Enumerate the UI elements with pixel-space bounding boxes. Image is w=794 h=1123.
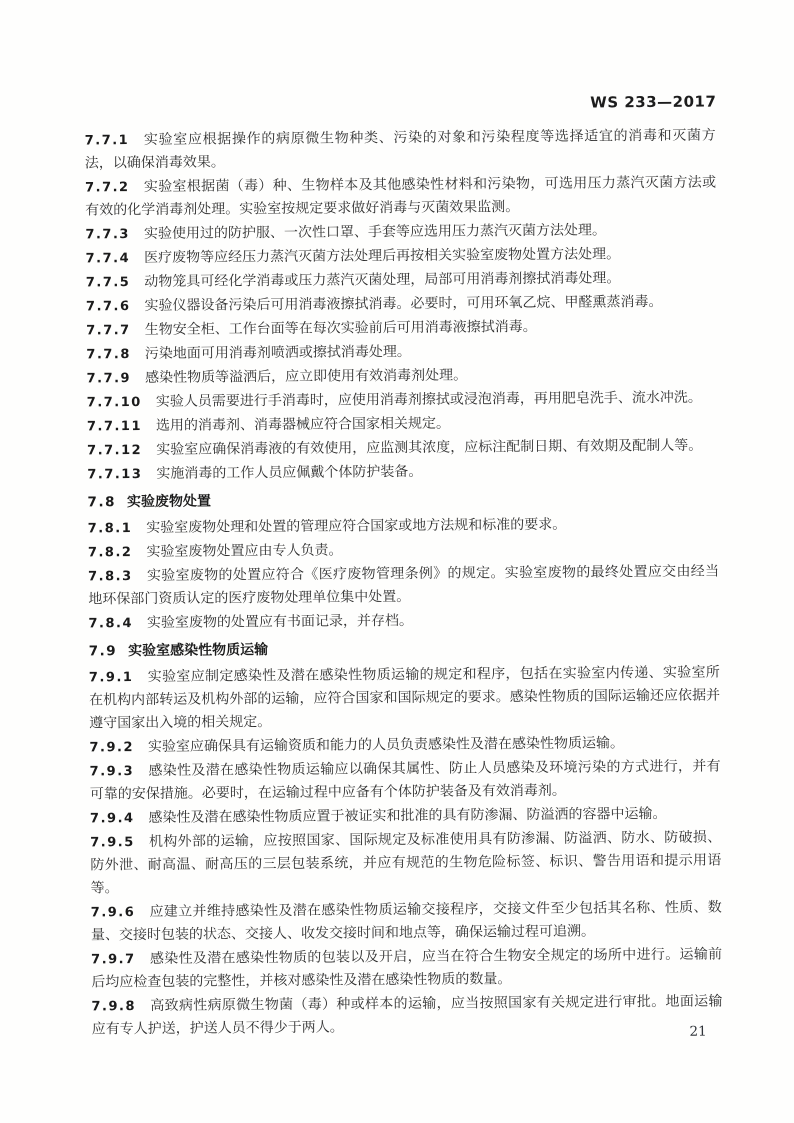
clause-number: 7.8.1: [88, 521, 133, 536]
clause-number: 7.7.7: [86, 323, 131, 338]
clause-number: 7.9.4: [90, 811, 135, 826]
clause-number: 7.8.3: [88, 569, 133, 584]
clause-text: 实验室感染性物质运输: [128, 642, 268, 659]
clause-number: 7.8.2: [88, 545, 133, 560]
clause-text: 污染地面可用消毒剂喷洒或擦拭消毒处理。: [145, 344, 411, 362]
clause-text: 实验室废物处理和处置的管理应符合国家或地方法规和标准的要求。: [146, 517, 566, 536]
clause-text: 医疗废物等应经压力蒸汽灭菌方法处理后再按相关实验室废物处置方法处理。: [144, 246, 620, 266]
clause-item: 7.9.1实验室应制定感染性及潜在感染性物质运输的规定和程序，包括在实验室内传递…: [89, 661, 721, 735]
clause-text: 高致病性病原微生物菌（毒）种或样本的运输，应当按照国家有关规定进行审批。地面运输…: [92, 993, 723, 1037]
clause-item: 7.7.13实施消毒的工作人员应佩戴个体防护装备。: [87, 458, 718, 486]
clause-text: 实验室应确保具有运输资质和能力的人员负责感染性及潜在感染性物质运输。: [148, 735, 624, 755]
clause-text: 实施消毒的工作人员应佩戴个体防护装备。: [156, 464, 422, 482]
clause-text: 实验室废物处置应由专人负责。: [146, 542, 342, 560]
clause-number: 7.7.12: [87, 443, 142, 458]
clause-number: 7.7.3: [85, 227, 130, 242]
clause-item: 7.9.7感染性及潜在感染性物质的包装以及开启，应当在符合生物安全规定的场所中进…: [91, 943, 722, 994]
clause-item: 7.9.5机构外部的运输，应按照国家、国际规定及标准使用具有防渗漏、防溢洒、防水…: [90, 826, 722, 900]
clause-item: 7.7.1实验室应根据操作的病原微生物种类、污染的对象和污染程度等选择适宜的消毒…: [85, 124, 716, 175]
clause-number: 7.7.2: [85, 180, 130, 195]
clause-number: 7.8: [87, 494, 116, 510]
clause-number: 7.7.6: [86, 299, 131, 314]
clause-text: 实验室废物的处置应有书面记录，并存档。: [147, 613, 413, 631]
clause-number: 7.8.4: [88, 616, 133, 631]
clause-number: 7.7.13: [87, 467, 142, 482]
clause-number: 7.7.1: [85, 133, 130, 148]
clause-text: 实验人员需要进行手消毒时，应使用消毒剂擦拭或浸泡消毒，再用肥皂洗手、流水冲洗。: [156, 390, 702, 410]
clause-item: 7.9.8高致病性病原微生物菌（毒）种或样本的运输，应当按照国家有关规定进行审批…: [91, 990, 722, 1041]
scan-tilt-wrapper: WS 233—2017 7.7.1实验室应根据操作的病原微生物种类、污染的对象和…: [0, 0, 794, 1123]
document-page: WS 233—2017 7.7.1实验室应根据操作的病原微生物种类、污染的对象和…: [0, 0, 794, 1123]
standard-number: WS 233—2017: [590, 92, 716, 111]
clause-text: 动物笼具可经化学消毒或压力蒸汽灭菌处理，局部可用消毒剂擦拭消毒处理。: [144, 270, 620, 290]
clause-number: 7.9.3: [90, 764, 135, 779]
clause-text: 实验室根据菌（毒）种、生物样本及其他感染性材料和污染物，可选用压力蒸汽灭菌方法或…: [85, 174, 716, 218]
clause-text: 实验使用过的防护服、一次性口罩、手套等应选用压力蒸汽灭菌方法处理。: [144, 222, 606, 242]
page-number: 21: [689, 1024, 706, 1040]
clause-number: 7.9: [89, 643, 118, 659]
clause-item: 7.8.4实验室废物的处置应有书面记录，并存档。: [88, 607, 719, 635]
clause-text: 实验室应确保消毒液的有效使用，应监测其浓度，应标注配制日期、有效期及配制人等。: [156, 438, 702, 458]
clause-item: 7.8.3实验室废物的处置应符合《医疗废物管理条例》的规定。实验室废物的最终处置…: [88, 560, 719, 611]
clause-number: 7.7.4: [86, 251, 131, 266]
clause-text: 应建立并维持感染性及潜在感染性物质运输交接程序，交接文件至少包括其名称、性质、数…: [91, 899, 722, 943]
clause-number: 7.9.2: [89, 740, 134, 755]
document-content: 7.7.1实验室应根据操作的病原微生物种类、污染的对象和污染程度等选择适宜的消毒…: [85, 124, 723, 1042]
clause-number: 7.7.11: [87, 419, 142, 434]
clause-text: 感染性及潜在感染性物质的包装以及开启，应当在符合生物安全规定的场所中进行。运输前…: [91, 946, 722, 990]
section-heading: 7.8实验废物处置: [87, 486, 718, 514]
clause-item: 7.7.2实验室根据菌（毒）种、生物样本及其他感染性材料和污染物，可选用压力蒸汽…: [85, 171, 716, 222]
clause-text: 生物安全柜、工作台面等在每次实验前后可用消毒液擦拭消毒。: [145, 319, 537, 338]
clause-text: 感染性及潜在感染性物质应置于被证实和批准的具有防渗漏、防溢洒的容器中运输。: [148, 806, 666, 826]
clause-text: 感染性物质等溢洒后，应立即使用有效消毒剂处理。: [145, 367, 467, 386]
clause-number: 7.7.8: [86, 347, 131, 362]
clause-text: 实验室应制定感染性及潜在感染性物质运输的规定和程序，包括在实验室内传递、实验室所…: [89, 664, 720, 731]
clause-number: 7.9.5: [90, 835, 135, 850]
clause-text: 实验仪器设备污染后可用消毒液擦拭消毒。必要时，可用环氧乙烷、甲醛熏蒸消毒。: [144, 294, 662, 314]
page-header: WS 233—2017: [590, 92, 716, 111]
clause-number: 7.7.5: [86, 275, 131, 290]
clause-text: 机构外部的运输，应按照国家、国际规定及标准使用具有防渗漏、防溢洒、防水、防破损、…: [90, 829, 721, 896]
clause-number: 7.9.1: [89, 670, 134, 685]
clause-number: 7.7.10: [87, 395, 142, 410]
section-heading: 7.9实验室感染性物质运输: [89, 635, 720, 663]
clause-text: 实验室应根据操作的病原微生物种类、污染的对象和污染程度等选择适宜的消毒和灭菌方法…: [85, 127, 716, 171]
clause-item: 7.9.6应建立并维持感染性及潜在感染性物质运输交接程序，交接文件至少包括其名称…: [91, 896, 722, 947]
clause-number: 7.9.8: [91, 999, 136, 1014]
clause-text: 实验室废物的处置应符合《医疗废物管理条例》的规定。实验室废物的最终处置应交由经当…: [88, 563, 719, 607]
clause-text: 感染性及潜在感染性物质运输应以确保其属性、防止人员感染及环境污染的方式进行，并有…: [90, 758, 721, 802]
clause-number: 7.7.9: [86, 371, 131, 386]
clause-text: 实验废物处置: [127, 493, 211, 510]
clause-number: 7.9.6: [91, 905, 136, 920]
clause-item: 7.9.3感染性及潜在感染性物质运输应以确保其属性、防止人员感染及环境污染的方式…: [90, 755, 721, 806]
clause-text: 选用的消毒剂、消毒器械应符合国家相关规定。: [156, 416, 450, 434]
clause-number: 7.9.7: [91, 952, 136, 967]
